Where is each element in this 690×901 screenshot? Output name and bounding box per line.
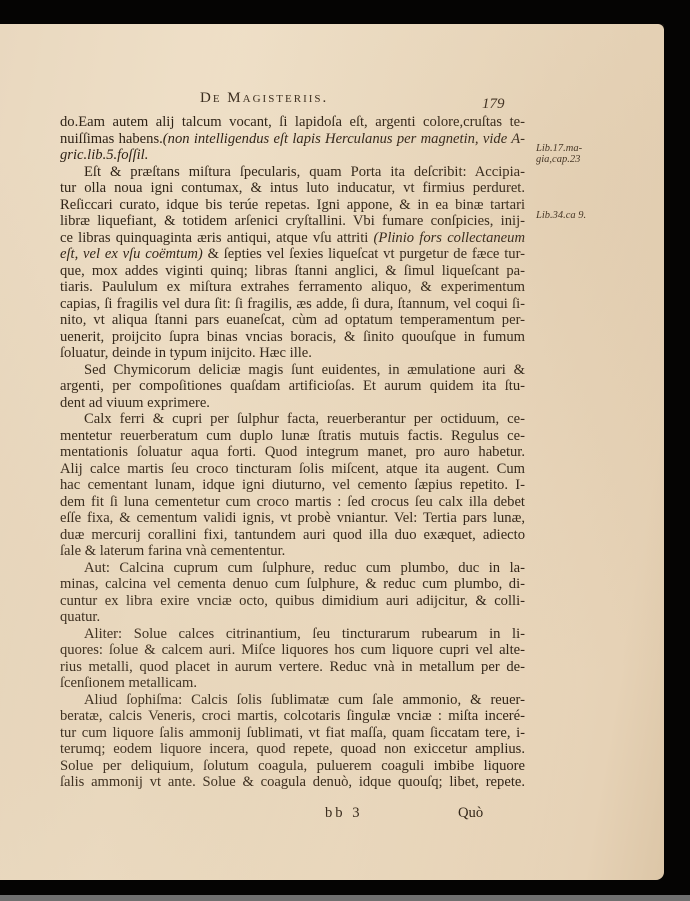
text-line: gric.lib.5.foſſil. (60, 147, 525, 164)
signature-mark: bb 3 (325, 805, 363, 822)
body-text: do.Eam autem alij talcum vocant, ſi lapi… (60, 114, 525, 791)
text-line: capias, ſi fragilis vel dura ſit: ſi fra… (60, 296, 525, 313)
text-line: hac cementant lunam, idque igni diuturno… (60, 477, 525, 494)
text-line: nito, vt aliqua ſtanni pars euaneſcat, c… (60, 312, 525, 329)
scanner-edge (0, 895, 690, 901)
text-line: dent ad viuum exprimere. (60, 395, 525, 412)
text-line: terumq; eodem liquore incera, quod repet… (60, 741, 525, 758)
text-line: beratæ, calcis Veneris, croci martis, co… (60, 708, 525, 725)
text-line: Alij calce martis ſeu croco tincturam ſo… (60, 461, 525, 478)
text-line: dem fit ſi luna cementetur cum croco mar… (60, 494, 525, 511)
text-line: libræ liquefiant, & totidem arſenici cry… (60, 213, 525, 230)
text-line: rius metalli, quod placet in aurum verte… (60, 659, 525, 676)
book-page: De Magisteriis. 179 do.Eam autem alij ta… (0, 24, 664, 880)
text-line: quatur. (60, 609, 525, 626)
text-line: ce libras quinquaginta æris antiqui, atq… (60, 230, 525, 247)
text-line: quores: ſolue & calcem auri. Miſce liquo… (60, 642, 525, 659)
text-line: minas, calcina vel cementa denuo cum ſul… (60, 576, 525, 593)
text-line: ſalis ammonij vt ante. Solue & coagula d… (60, 774, 525, 791)
margin-note: Lib.34.ca 9. (536, 210, 586, 221)
text-line: uenerit, proijcito ſupra binas vncias bo… (60, 329, 525, 346)
text-line: duæ mercurij corallini fixi, tantundem a… (60, 527, 525, 544)
text-line: mentationis ſoluatur aqua forti. Quod in… (60, 444, 525, 461)
margin-note-line: Lib.17.ma- (536, 143, 582, 154)
text-line: Reſiccari curato, idque bis terúe repeta… (60, 197, 525, 214)
text-line: cuntur ex libra exire vnciæ octo, quibus… (60, 593, 525, 610)
text-line: Aliud ſophiſma: Calcis ſolis ſublimatæ c… (60, 692, 525, 709)
text-line: que, mox addes viginti quinq; libras ſta… (60, 263, 525, 280)
text-line: ſale & laterum farina vnà cemententur. (60, 543, 525, 560)
text-line: Calx ferri & cupri per ſulphur facta, re… (60, 411, 525, 428)
text-line: nuiſſimas habens.(non intelligendus eſt … (60, 131, 525, 148)
text-line: eſſe fixa, & cementum validi ignis, vt p… (60, 510, 525, 527)
text-line: tur cum liquore ſalis ammonij ſublimati,… (60, 725, 525, 742)
text-line: Eſt & præſtans miſtura ſpecularis, quam … (60, 164, 525, 181)
margin-note: Lib.17.ma- gia,cap.23 (536, 143, 582, 165)
running-head: De Magisteriis. (200, 90, 328, 107)
text-line: ſoluatur, deinde in typum inijcito. Hæc … (60, 345, 525, 362)
text-line: mentetur reuerberatum cum duplo lunæ ſtr… (60, 428, 525, 445)
text-line: Sed Chymicorum deliciæ magis ſunt euiden… (60, 362, 525, 379)
catchword: Quò (458, 805, 483, 822)
text-line: argenti, per compoſitiones quaſdam artif… (60, 378, 525, 395)
text-line: do.Eam autem alij talcum vocant, ſi lapi… (60, 114, 525, 131)
page-number: 179 (482, 96, 505, 113)
text-line: ſcenſionem metallicam. (60, 675, 525, 692)
margin-note-line: gia,cap.23 (536, 154, 582, 165)
text-line: Aliter: Solue calces citrinantium, ſeu t… (60, 626, 525, 643)
text-line: tiaris. Paululum ex miſtura extrahes fer… (60, 279, 525, 296)
text-line: Solue per deliquium, ſolutum coagula, pu… (60, 758, 525, 775)
text-line: Aut: Calcina cuprum cum ſulphure, reduc … (60, 560, 525, 577)
text-line: eſt, vel ex vſu coëmtum) & ſepties vel ſ… (60, 246, 525, 263)
text-line: tur olla noua igni contumax, & intus lut… (60, 180, 525, 197)
